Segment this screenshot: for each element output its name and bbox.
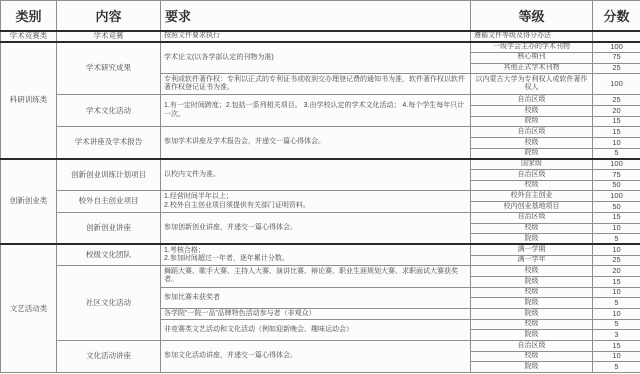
cell-level: 自治区级: [471, 170, 593, 181]
cell-score: 15: [593, 341, 640, 352]
cell-score: 10: [593, 244, 640, 255]
cell-level: 院级: [471, 330, 593, 341]
col-header-score: 分数: [593, 1, 640, 32]
cell-level: 核心期刊: [471, 52, 593, 63]
cell-content: 创新创业训练计划项目: [57, 159, 161, 191]
cell-category: 创新创业类: [1, 159, 57, 245]
cell-score: 15: [593, 116, 640, 127]
cell-requirement: 参加创新创业讲座，并递交一篇心得体会。: [161, 212, 471, 244]
cell-content: 文化活动讲座: [57, 341, 161, 373]
cell-level: 自治区级: [471, 212, 593, 223]
cell-level: 校级: [471, 287, 593, 298]
cell-requirement: 以校内文件为准。: [161, 159, 471, 191]
cell-category: 科研训练类: [1, 42, 57, 159]
cell-level: 校级: [471, 223, 593, 234]
cell-category: 文艺活动类: [1, 244, 57, 372]
cell-requirement: 按照文件要求执行: [161, 31, 471, 42]
cell-level: 满一学期: [471, 244, 593, 255]
cell-score: 100: [593, 159, 640, 170]
cell-requirement: 参加文化活动讲座，并递交一篇心得体会。: [161, 341, 471, 373]
table-row: 学术文化活动 1.有一定时间跨度；2.包括一系列相关项目。 3.由学校认定的学术…: [1, 95, 640, 106]
cell-content: 学术讲座及学术报告: [57, 127, 161, 159]
cell-score: 5: [593, 234, 640, 245]
cell-score: 25: [593, 63, 640, 74]
cell-level: 校内创业基地项目: [471, 202, 593, 213]
cell-level: 院级: [471, 148, 593, 159]
cell-level: 自治区级: [471, 341, 593, 352]
cell-requirement: 学术论文(以各学部认定的刊物为准): [161, 42, 471, 74]
cell-content: 校级文化团队: [57, 244, 161, 265]
cell-score: 100: [593, 42, 640, 53]
cell-level: 校级: [471, 138, 593, 149]
cell-level: 院级: [471, 276, 593, 287]
cell-score: 20: [593, 266, 640, 277]
cell-score: 10: [593, 287, 640, 298]
cell-level: 院级: [471, 362, 593, 373]
cell-score: [593, 31, 640, 42]
cell-level: 国家级: [471, 159, 593, 170]
credit-score-table-page: 类别 内容 要求 等级 分数 学术竞赛类 学术竞赛 按照文件要求执行 遵循文件等…: [0, 0, 640, 374]
cell-content: 创新创业讲座: [57, 212, 161, 244]
cell-score: 5: [593, 298, 640, 309]
cell-score: 10: [593, 138, 640, 149]
cell-score: 10: [593, 351, 640, 362]
cell-category: 学术竞赛类: [1, 31, 57, 42]
cell-content: 学术文化活动: [57, 95, 161, 127]
cell-requirement: 1.经营时间半年以上； 2.校外自主创业项目须提供有关部门证明资料。: [161, 191, 471, 212]
table-row: 文艺活动类 校级文化团队 1.考核合格； 2.参加时间超过一年者，逐年累计分数。…: [1, 244, 640, 255]
cell-requirement: 1.考核合格； 2.参加时间超过一年者，逐年累计分数。: [161, 244, 471, 265]
cell-score: 15: [593, 127, 640, 138]
cell-score: 75: [593, 52, 640, 63]
table-row: 创新创业讲座 参加创新创业讲座，并递交一篇心得体会。 自治区级 15: [1, 212, 640, 223]
cell-level: 院级: [471, 298, 593, 309]
table-row: 社区文化活动 舞蹈大赛、歌手大赛、主持人大赛、演讲比赛、辩论赛、职业生涯规划大赛…: [1, 266, 640, 277]
cell-requirement: 参加学术讲座及学术报告会，并递交一篇心得体会。: [161, 127, 471, 159]
cell-score: 10: [593, 223, 640, 234]
cell-requirement: 各学院“一院一品”品牌特色活动参与者（非观众）: [161, 309, 471, 320]
cell-score: 15: [593, 212, 640, 223]
cell-score: 75: [593, 170, 640, 181]
table-row: 学术讲座及学术报告 参加学术讲座及学术报告会，并递交一篇心得体会。 自治区级 1…: [1, 127, 640, 138]
credit-score-table: 类别 内容 要求 等级 分数 学术竞赛类 学术竞赛 按照文件要求执行 遵循文件等…: [0, 0, 640, 373]
cell-level: 遵循文件等级及得分办法: [471, 31, 593, 42]
cell-level: 校外自主创业: [471, 191, 593, 202]
cell-level: 自治区级: [471, 95, 593, 106]
col-header-requirement: 要求: [161, 1, 471, 32]
col-header-level: 等级: [471, 1, 593, 32]
cell-score: 50: [593, 180, 640, 191]
col-header-category: 类别: [1, 1, 57, 32]
cell-level: 满一学年: [471, 255, 593, 266]
col-header-content: 内容: [57, 1, 161, 32]
cell-requirement: 1.有一定时间跨度；2.包括一系列相关项目。 3.由学校认定的学术文化活动； 4…: [161, 95, 471, 127]
cell-score: 100: [593, 191, 640, 202]
table-row: 科研训练类 学术研究成果 学术论文(以各学部认定的刊物为准) 一级学会主办的学术…: [1, 42, 640, 53]
cell-level: 院级: [471, 116, 593, 127]
table-row: 校外自主创业项目 1.经营时间半年以上； 2.校外自主创业项目须提供有关部门证明…: [1, 191, 640, 202]
cell-score: 5: [593, 362, 640, 373]
cell-content: 学术研究成果: [57, 42, 161, 95]
cell-level: 院级: [471, 234, 593, 245]
cell-level: 校级: [471, 351, 593, 362]
table-row: 学术竞赛类 学术竞赛 按照文件要求执行 遵循文件等级及得分办法: [1, 31, 640, 42]
cell-score: 10: [593, 309, 640, 320]
cell-level: 校级: [471, 266, 593, 277]
cell-content: 校外自主创业项目: [57, 191, 161, 212]
cell-score: 25: [593, 95, 640, 106]
cell-level: 院级: [471, 309, 593, 320]
cell-score: 50: [593, 202, 640, 213]
cell-requirement: 参加比赛未获奖者: [161, 287, 471, 308]
cell-score: 3: [593, 330, 640, 341]
cell-level: 自治区级: [471, 127, 593, 138]
table-row: 文化活动讲座 参加文化活动讲座，并递交一篇心得体会。 自治区级 15: [1, 341, 640, 352]
table-row: 创新创业类 创新创业训练计划项目 以校内文件为准。 国家级 100: [1, 159, 640, 170]
cell-score: 20: [593, 105, 640, 116]
cell-level: 校级: [471, 180, 593, 191]
header-row: 类别 内容 要求 等级 分数: [1, 1, 640, 32]
cell-score: 100: [593, 74, 640, 95]
cell-score: 25: [593, 255, 640, 266]
cell-score: 5: [593, 319, 640, 330]
cell-content: 社区文化活动: [57, 266, 161, 341]
cell-content: 学术竞赛: [57, 31, 161, 42]
cell-score: 5: [593, 148, 640, 159]
cell-level: 一级学会主办的学术刊物: [471, 42, 593, 53]
cell-level: 校级: [471, 105, 593, 116]
cell-score: 15: [593, 276, 640, 287]
cell-level: 校级: [471, 319, 593, 330]
cell-requirement: 专利或软件著作权：专利以正式的专利证书或收到交办理登记费的通知书为准，软件著作权…: [161, 74, 471, 95]
cell-requirement: 舞蹈大赛、歌手大赛、主持人大赛、演讲比赛、辩论赛、职业生涯规划大赛、求职面试大赛…: [161, 266, 471, 287]
cell-requirement: 非竞赛类文艺活动和文化活动（例如迎新晚会、趣味运动会）: [161, 319, 471, 340]
cell-level: 以内蒙古大学为专利权人或软件著作权人: [471, 74, 593, 95]
cell-level: 其他正式学术刊物: [471, 63, 593, 74]
